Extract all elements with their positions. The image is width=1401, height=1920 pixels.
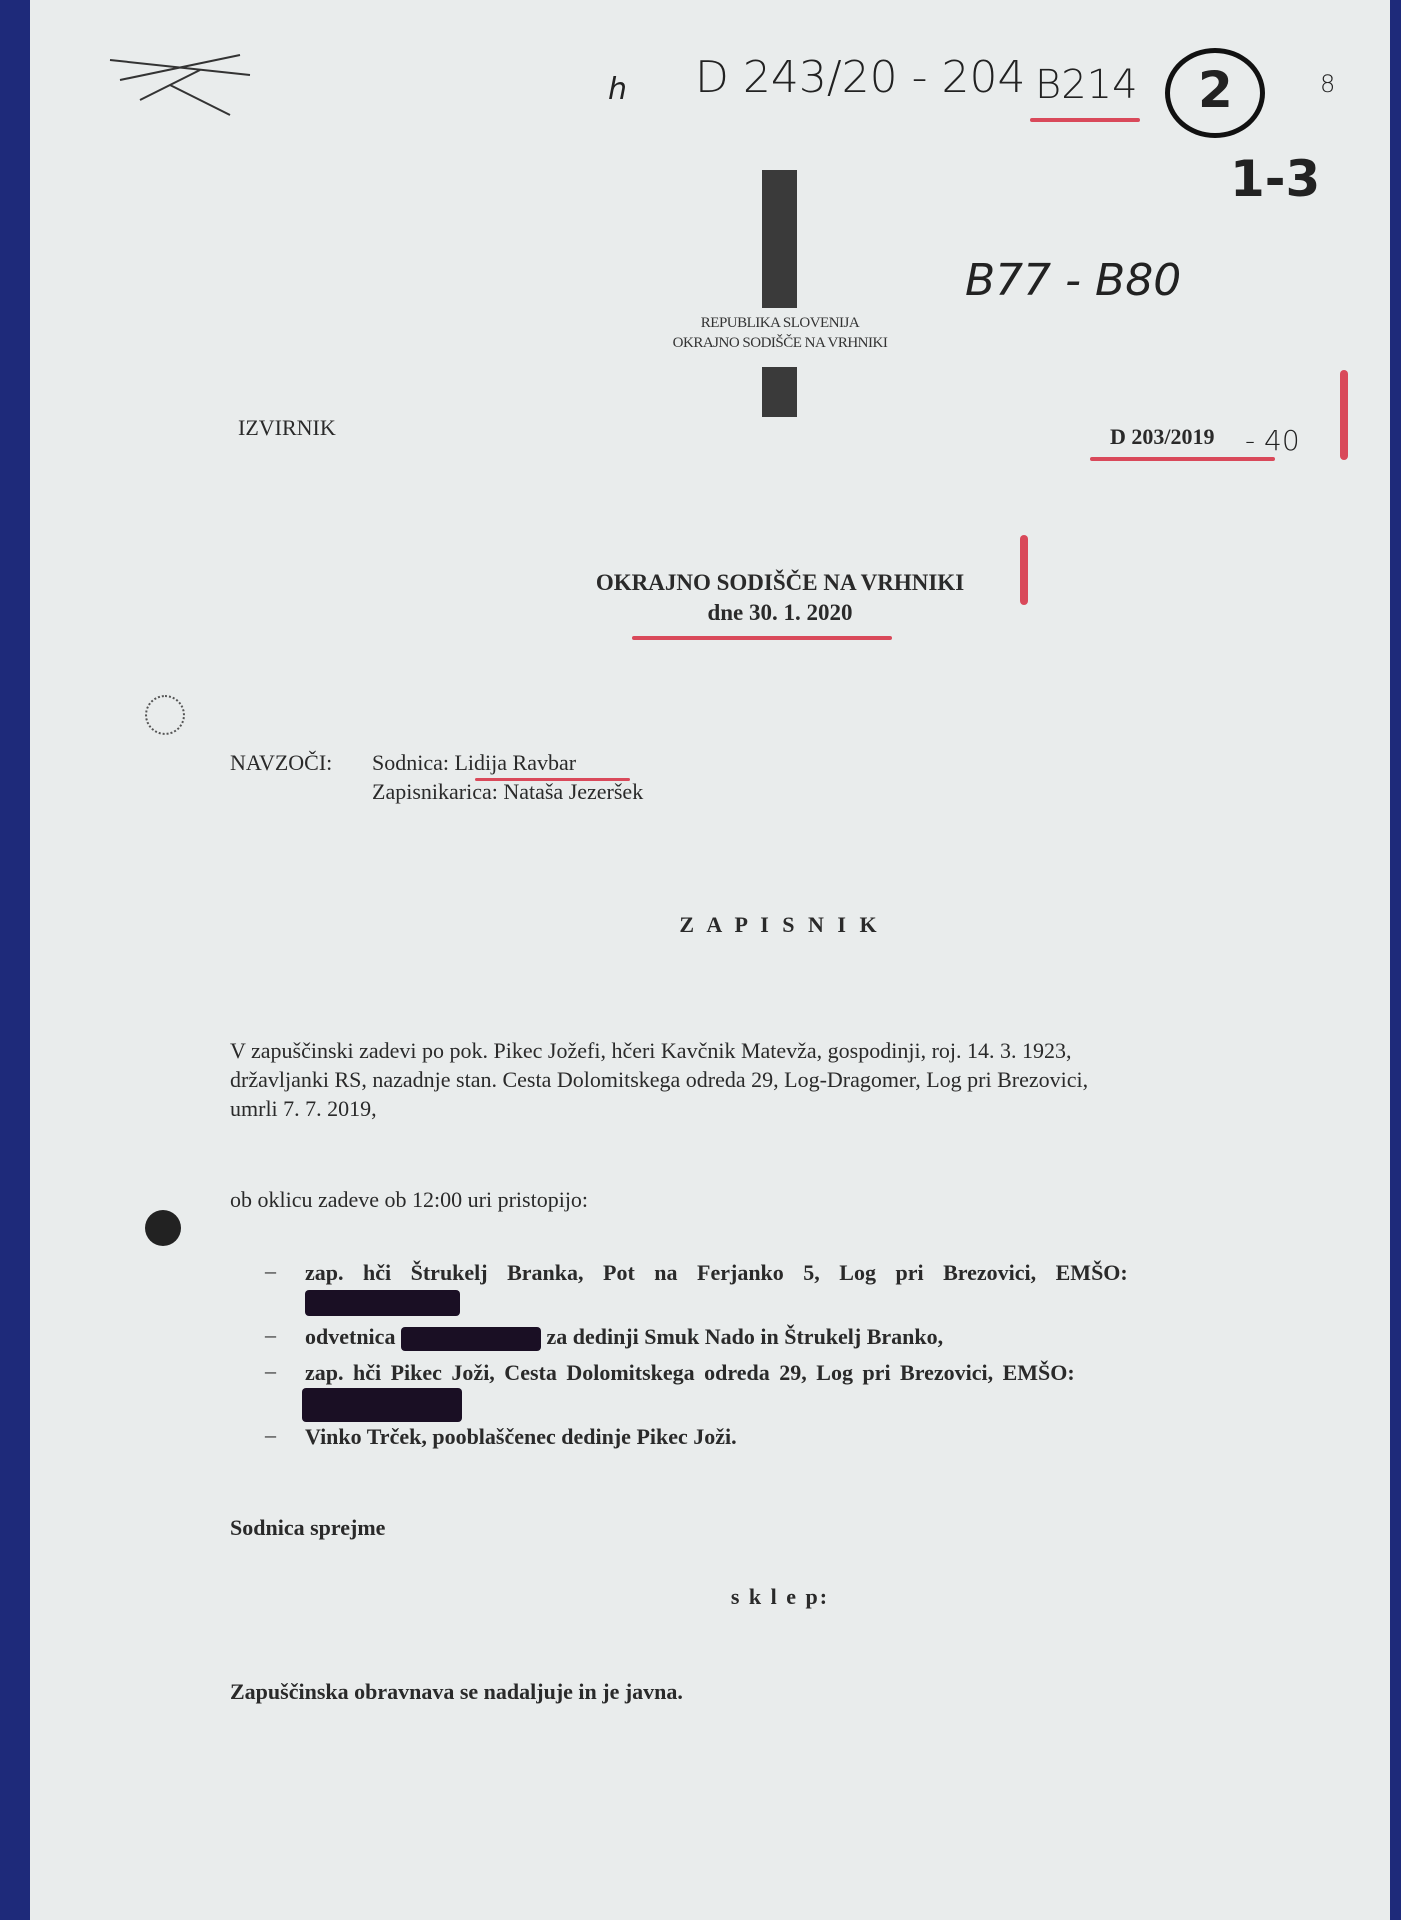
- logo-text: REPUBLIKA SLOVENIJA OKRAJNO SODIŠČE NA V…: [630, 313, 930, 353]
- court-name: OKRAJNO SODIŠČE NA VRHNIKI: [330, 568, 1230, 598]
- red-exclamation: [1340, 370, 1348, 460]
- red-underline: [1090, 457, 1275, 461]
- handwritten-case-ref: D 243/20 - 204: [695, 52, 1026, 103]
- handwritten-b-ref: B214: [1035, 62, 1138, 108]
- red-underline: [632, 636, 892, 640]
- call-line: ob oklicu zadeve ob 12:00 uri pristopijo…: [230, 1185, 588, 1214]
- scribble-mark: [80, 40, 280, 120]
- intro-paragraph: V zapuščinski zadevi po pok. Pikec Jožef…: [230, 1036, 1350, 1123]
- judge: Sodnica: Lidija Ravbar: [372, 748, 643, 777]
- hearing-date: dne 30. 1. 2020: [330, 598, 1230, 628]
- present-label: NAVZOČI:: [230, 748, 332, 777]
- judge-action: Sodnica sprejme: [230, 1513, 385, 1542]
- present-list: Sodnica: Lidija Ravbar Zapisnikarica: Na…: [372, 748, 643, 806]
- court-header: OKRAJNO SODIŠČE NA VRHNIKI dne 30. 1. 20…: [330, 568, 1230, 628]
- handwritten-case-suffix: - 40: [1245, 424, 1300, 457]
- circled-number: 2: [1165, 48, 1265, 138]
- decision-title: s k l e p:: [330, 1582, 1230, 1611]
- document-title: Z A P I S N I K: [330, 912, 1230, 938]
- redaction: [401, 1327, 541, 1351]
- attendee-2: odvetnica za dedinji Smuk Nado in Štruke…: [305, 1322, 943, 1351]
- document-page: h D 243/20 - 204 B214 2 8 1-3 B77 - B80 …: [30, 0, 1390, 1920]
- red-underline: [1030, 118, 1140, 122]
- redaction: [305, 1290, 460, 1316]
- case-number: D 203/2019: [1110, 424, 1215, 450]
- coat-of-arms-bar: [762, 170, 797, 308]
- handwritten-pages: B77 - B80: [965, 255, 1181, 306]
- punch-hole: [145, 1210, 181, 1246]
- red-underline: [475, 778, 630, 781]
- handwritten-small-number: 8: [1320, 70, 1335, 98]
- attendee-1: zap. hči Štrukelj Branka, Pot na Ferjank…: [305, 1258, 1350, 1287]
- redaction: [302, 1388, 462, 1422]
- handwritten-prefix: h: [608, 72, 627, 107]
- red-exclamation: [1020, 535, 1028, 605]
- punch-hole: [145, 695, 185, 735]
- clerk: Zapisnikarica: Nataša Jezeršek: [372, 777, 643, 806]
- handwritten-range: 1-3: [1230, 150, 1320, 208]
- attendee-3: zap. hči Pikec Joži, Cesta Dolomitskega …: [305, 1358, 1350, 1387]
- attendee-4: Vinko Trček, pooblaščenec dedinje Pikec …: [305, 1422, 737, 1451]
- decision-text: Zapuščinska obravnava se nadaljuje in je…: [230, 1677, 683, 1706]
- coat-of-arms-bar-bottom: [762, 367, 797, 417]
- original-label: IZVIRNIK: [238, 415, 336, 441]
